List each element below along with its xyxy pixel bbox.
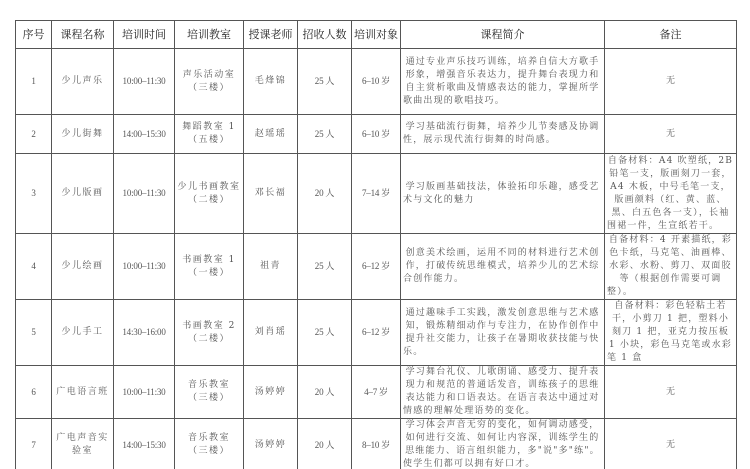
classroom: 声乐活动室（三楼） [175, 49, 244, 115]
header-course-name: 课程名称 [52, 21, 114, 49]
classroom-floor: （二楼） [177, 194, 241, 207]
course-name: 广电语言班 [52, 366, 114, 419]
course-name: 少儿街舞 [52, 115, 114, 154]
capacity: 25 人 [298, 115, 352, 154]
header-row: 序号 课程名称 培训时间 培训教室 授课老师 招收人数 培训对象 课程简介 备注 [16, 21, 737, 49]
capacity: 25 人 [298, 300, 352, 366]
course-time: 10:00–11:30 [114, 366, 175, 419]
capacity: 20 人 [298, 154, 352, 234]
capacity: 25 人 [298, 234, 352, 300]
course-note: 无 [605, 419, 737, 469]
header-target-age: 培训对象 [352, 21, 401, 49]
course-time: 14:00–15:30 [114, 115, 175, 154]
classroom-floor: （一楼） [177, 267, 241, 280]
classroom-name: 舞蹈教室 1 [177, 121, 241, 134]
header-capacity: 招收人数 [298, 21, 352, 49]
header-teacher: 授课老师 [244, 21, 298, 49]
course-name: 广电声音实验室 [52, 419, 114, 469]
row-index: 4 [16, 234, 52, 300]
classroom: 音乐教室（三楼） [175, 366, 244, 419]
teacher: 刘肖瑶 [244, 300, 298, 366]
course-time: 10:00–11:30 [114, 154, 175, 234]
target-age: 6–12 岁 [352, 300, 401, 366]
row-index: 7 [16, 419, 52, 469]
course-description: 学习体会声音无穷的变化，如何调动感受，如何进行交流、如何让内容深，训练学生的思维… [401, 419, 605, 469]
target-age: 7–14 岁 [352, 154, 401, 234]
target-age: 8–10 岁 [352, 419, 401, 469]
course-name: 少儿手工 [52, 300, 114, 366]
teacher: 赵瑶瑶 [244, 115, 298, 154]
classroom: 少儿书画教室（二楼） [175, 154, 244, 234]
classroom-name: 音乐教室 [177, 432, 241, 445]
course-time: 10:00–11:30 [114, 234, 175, 300]
table-row: 2 少儿街舞 14:00–15:30 舞蹈教室 1（五楼） 赵瑶瑶 25 人 6… [16, 115, 737, 154]
classroom-name: 声乐活动室 [177, 69, 241, 82]
table-row: 6 广电语言班 10:00–11:30 音乐教室（三楼） 汤婷婷 20 人 4–… [16, 366, 737, 419]
course-description: 通过趣味手工实践，激发创意思维与艺术感知，锻炼精细动作与专注力，在协作创作中提升… [401, 300, 605, 366]
row-index: 5 [16, 300, 52, 366]
course-time: 14:30–16:00 [114, 300, 175, 366]
course-description: 创意美术绘画，运用不同的材料进行艺术创作，打破传统思维模式，培养少儿的艺术综合创… [401, 234, 605, 300]
classroom: 书画教室 2（二楼） [175, 300, 244, 366]
course-note: 无 [605, 366, 737, 419]
classroom-name: 少儿书画教室 [177, 181, 241, 194]
classroom-floor: （二楼） [177, 333, 241, 346]
teacher: 汤婷婷 [244, 419, 298, 469]
table-row: 4 少儿绘画 10:00–11:30 书画教室 1（一楼） 祖青 25 人 6–… [16, 234, 737, 300]
classroom-name: 音乐教室 [177, 379, 241, 392]
row-index: 1 [16, 49, 52, 115]
row-index: 3 [16, 154, 52, 234]
classroom-floor: （三楼） [177, 82, 241, 95]
course-time: 10:00–11:30 [114, 49, 175, 115]
course-schedule-table: 序号 课程名称 培训时间 培训教室 授课老师 招收人数 培训对象 课程简介 备注… [15, 20, 737, 469]
course-note: 自备材料：彩色轻粘土若干，小剪刀 1 把，塑料小刻刀 1 把，亚克力按压板 1 … [605, 300, 737, 366]
header-classroom: 培训教室 [175, 21, 244, 49]
course-description: 学习基础流行街舞，培养少儿节奏感及协调性，展示现代流行街舞的时尚感。 [401, 115, 605, 154]
classroom: 音乐教室（三楼） [175, 419, 244, 469]
table-row: 7 广电声音实验室 14:00–15:30 音乐教室（三楼） 汤婷婷 20 人 … [16, 419, 737, 469]
row-index: 6 [16, 366, 52, 419]
classroom-floor: （三楼） [177, 392, 241, 405]
teacher: 汤婷婷 [244, 366, 298, 419]
teacher: 邓长福 [244, 154, 298, 234]
header-description: 课程简介 [401, 21, 605, 49]
course-note: 自备材料：4 开素描纸，彩色卡纸，马克笔、油画棒、水彩、水粉、剪刀、双面胶等（根… [605, 234, 737, 300]
course-note: 无 [605, 49, 737, 115]
course-note: 自备材料：A4 吹塑纸，2B 铅笔一支，版画刻刀一套，A4 木板，中号毛笔一支，… [605, 154, 737, 234]
course-note: 无 [605, 115, 737, 154]
course-description: 通过专业声乐技巧训练，培养自信大方歌手形象，增强音乐表达力，提升舞台表现力和自主… [401, 49, 605, 115]
capacity: 20 人 [298, 419, 352, 469]
target-age: 6–12 岁 [352, 234, 401, 300]
classroom-name: 书画教室 2 [177, 320, 241, 333]
row-index: 2 [16, 115, 52, 154]
header-index: 序号 [16, 21, 52, 49]
header-time: 培训时间 [114, 21, 175, 49]
classroom: 书画教室 1（一楼） [175, 234, 244, 300]
course-time: 14:00–15:30 [114, 419, 175, 469]
target-age: 4–7 岁 [352, 366, 401, 419]
classroom: 舞蹈教室 1（五楼） [175, 115, 244, 154]
course-name: 少儿版画 [52, 154, 114, 234]
table-row: 5 少儿手工 14:30–16:00 书画教室 2（二楼） 刘肖瑶 25 人 6… [16, 300, 737, 366]
target-age: 6–10 岁 [352, 49, 401, 115]
classroom-floor: （五楼） [177, 134, 241, 147]
capacity: 20 人 [298, 366, 352, 419]
course-name: 少儿声乐 [52, 49, 114, 115]
header-notes: 备注 [605, 21, 737, 49]
teacher: 毛烽锦 [244, 49, 298, 115]
table-row: 1 少儿声乐 10:00–11:30 声乐活动室（三楼） 毛烽锦 25 人 6–… [16, 49, 737, 115]
teacher: 祖青 [244, 234, 298, 300]
course-description: 学习舞台礼仪、儿歌朗诵、感受力、提升表现力和规范的普通话发音，训练孩子的思维表达… [401, 366, 605, 419]
course-description: 学习版画基础技法，体验拓印乐趣，感受艺术与文化的魅力 [401, 154, 605, 234]
classroom-floor: （三楼） [177, 445, 241, 458]
target-age: 6–10 岁 [352, 115, 401, 154]
table-row: 3 少儿版画 10:00–11:30 少儿书画教室（二楼） 邓长福 20 人 7… [16, 154, 737, 234]
course-name: 少儿绘画 [52, 234, 114, 300]
classroom-name: 书画教室 1 [177, 254, 241, 267]
capacity: 25 人 [298, 49, 352, 115]
